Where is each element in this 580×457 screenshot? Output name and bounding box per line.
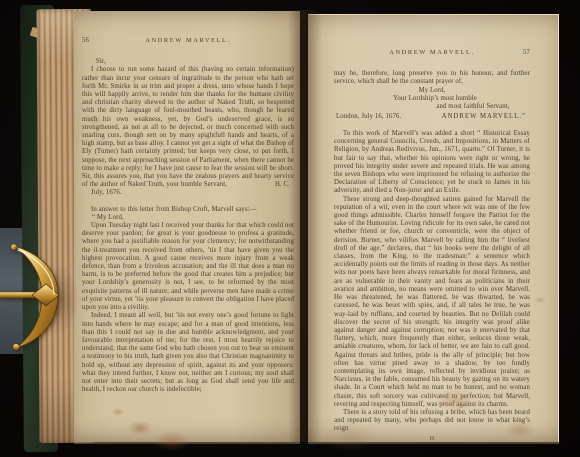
reply-paragraph-2: Indeed, I meant all well, but ’tis not e… [82, 312, 294, 394]
letter-place-date: London, July 16, 1676. [336, 113, 401, 121]
letter-salutation: Sir, [82, 58, 294, 66]
letter-signature-initials: H. C. [266, 181, 294, 189]
running-title-right: ANDREW MARVELL. [358, 49, 506, 57]
valediction-line-2: Your Lordship’s most humble [334, 95, 530, 103]
letter-continuation: may he, therefore, long preserve you to … [334, 70, 530, 86]
printers-signature-mark: H [334, 435, 530, 442]
body-paragraph-2: These strong and deep-thoughted satires … [334, 196, 530, 409]
page-57: ANDREW MARVELL. 57 may he, therefore, lo… [308, 14, 559, 442]
reply-intro-line: In answer to this letter from Bishop Cro… [82, 206, 294, 214]
page-57-header: ANDREW MARVELL. 57 [334, 49, 530, 57]
body-paragraph-1: To this work of Marvell’s was added a sh… [334, 130, 530, 196]
valediction-line-3: and most faithful Servant, [334, 103, 530, 111]
page-56-header: 56 ANDREW MARVELL. [82, 37, 294, 45]
page-number-right: 57 [506, 49, 530, 57]
page-57-text-block: ANDREW MARVELL. 57 may he, therefore, lo… [334, 49, 530, 442]
page-number-left: 56 [82, 37, 106, 45]
marvell-signature: ANDREW MARVELL.” [442, 113, 526, 121]
page-56-text-block: 56 ANDREW MARVELL. Sir, I choose to run … [82, 37, 294, 394]
running-title-left: ANDREW MARVELL. [106, 37, 270, 45]
reply-salutation: “ My Lord, [82, 214, 294, 222]
book-photograph: 56 ANDREW MARVELL. Sir, I choose to run … [0, 0, 580, 457]
brass-anchor-clasp-icon [0, 242, 70, 354]
reply-paragraph-1: Upon Tuesday night last I received your … [82, 222, 294, 312]
body-paragraph-3: There is a story told of his refusing a … [334, 409, 530, 434]
date-signature-row: London, July 16, 1676. ANDREW MARVELL.” [334, 113, 530, 121]
valediction-line-1: My Lord, [334, 87, 530, 95]
page-56: 56 ANDREW MARVELL. Sir, I choose to run … [74, 11, 300, 442]
letter-date: July, 1676. [82, 189, 294, 197]
letter-body-text: I choose to run some hazard of this (hav… [82, 66, 294, 188]
letter-body: I choose to run some hazard of this (hav… [82, 66, 294, 189]
